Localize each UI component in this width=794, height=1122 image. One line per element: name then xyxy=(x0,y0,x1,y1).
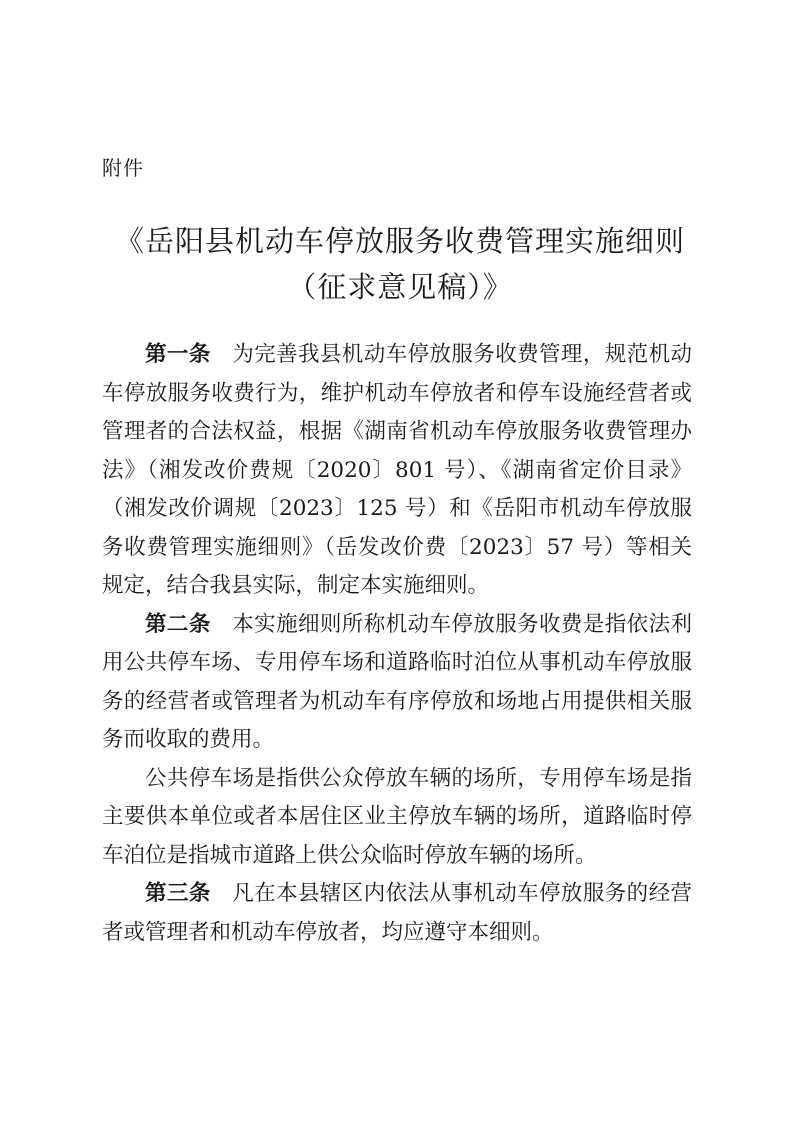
article-1-text: 为完善我县机动车停放服务收费管理，规范机动车停放服务收费行为，维护机动车停放者和… xyxy=(102,342,692,598)
document-body: 第一条为完善我县机动车停放服务收费管理，规范机动车停放服务收费行为，维护机动车停… xyxy=(102,336,692,952)
title-line-1: 《岳阳县机动车停放服务收费管理实施细则 xyxy=(100,218,700,264)
article-3-number: 第三条 xyxy=(145,881,211,906)
document-title: 《岳阳县机动车停放服务收费管理实施细则 （征求意见稿）》 xyxy=(100,218,700,310)
article-2-number: 第二条 xyxy=(145,612,211,637)
article-1-paragraph-1: 第一条为完善我县机动车停放服务收费管理，规范机动车停放服务收费行为，维护机动车停… xyxy=(102,336,692,606)
title-line-2: （征求意见稿）》 xyxy=(100,264,700,310)
article-2-paragraph-2: 公共停车场是指供公众停放车辆的场所，专用停车场是指主要供本单位或者本居住区业主停… xyxy=(102,760,692,876)
article-1-number: 第一条 xyxy=(145,342,211,367)
attachment-label: 附件 xyxy=(102,152,144,181)
article-2-paragraph-1: 第二条本实施细则所称机动车停放服务收费是指依法利用公共停车场、专用停车场和道路临… xyxy=(102,606,692,760)
article-3-paragraph-1: 第三条凡在本县辖区内依法从事机动车停放服务的经营者或管理者和机动车停放者，均应遵… xyxy=(102,875,692,952)
